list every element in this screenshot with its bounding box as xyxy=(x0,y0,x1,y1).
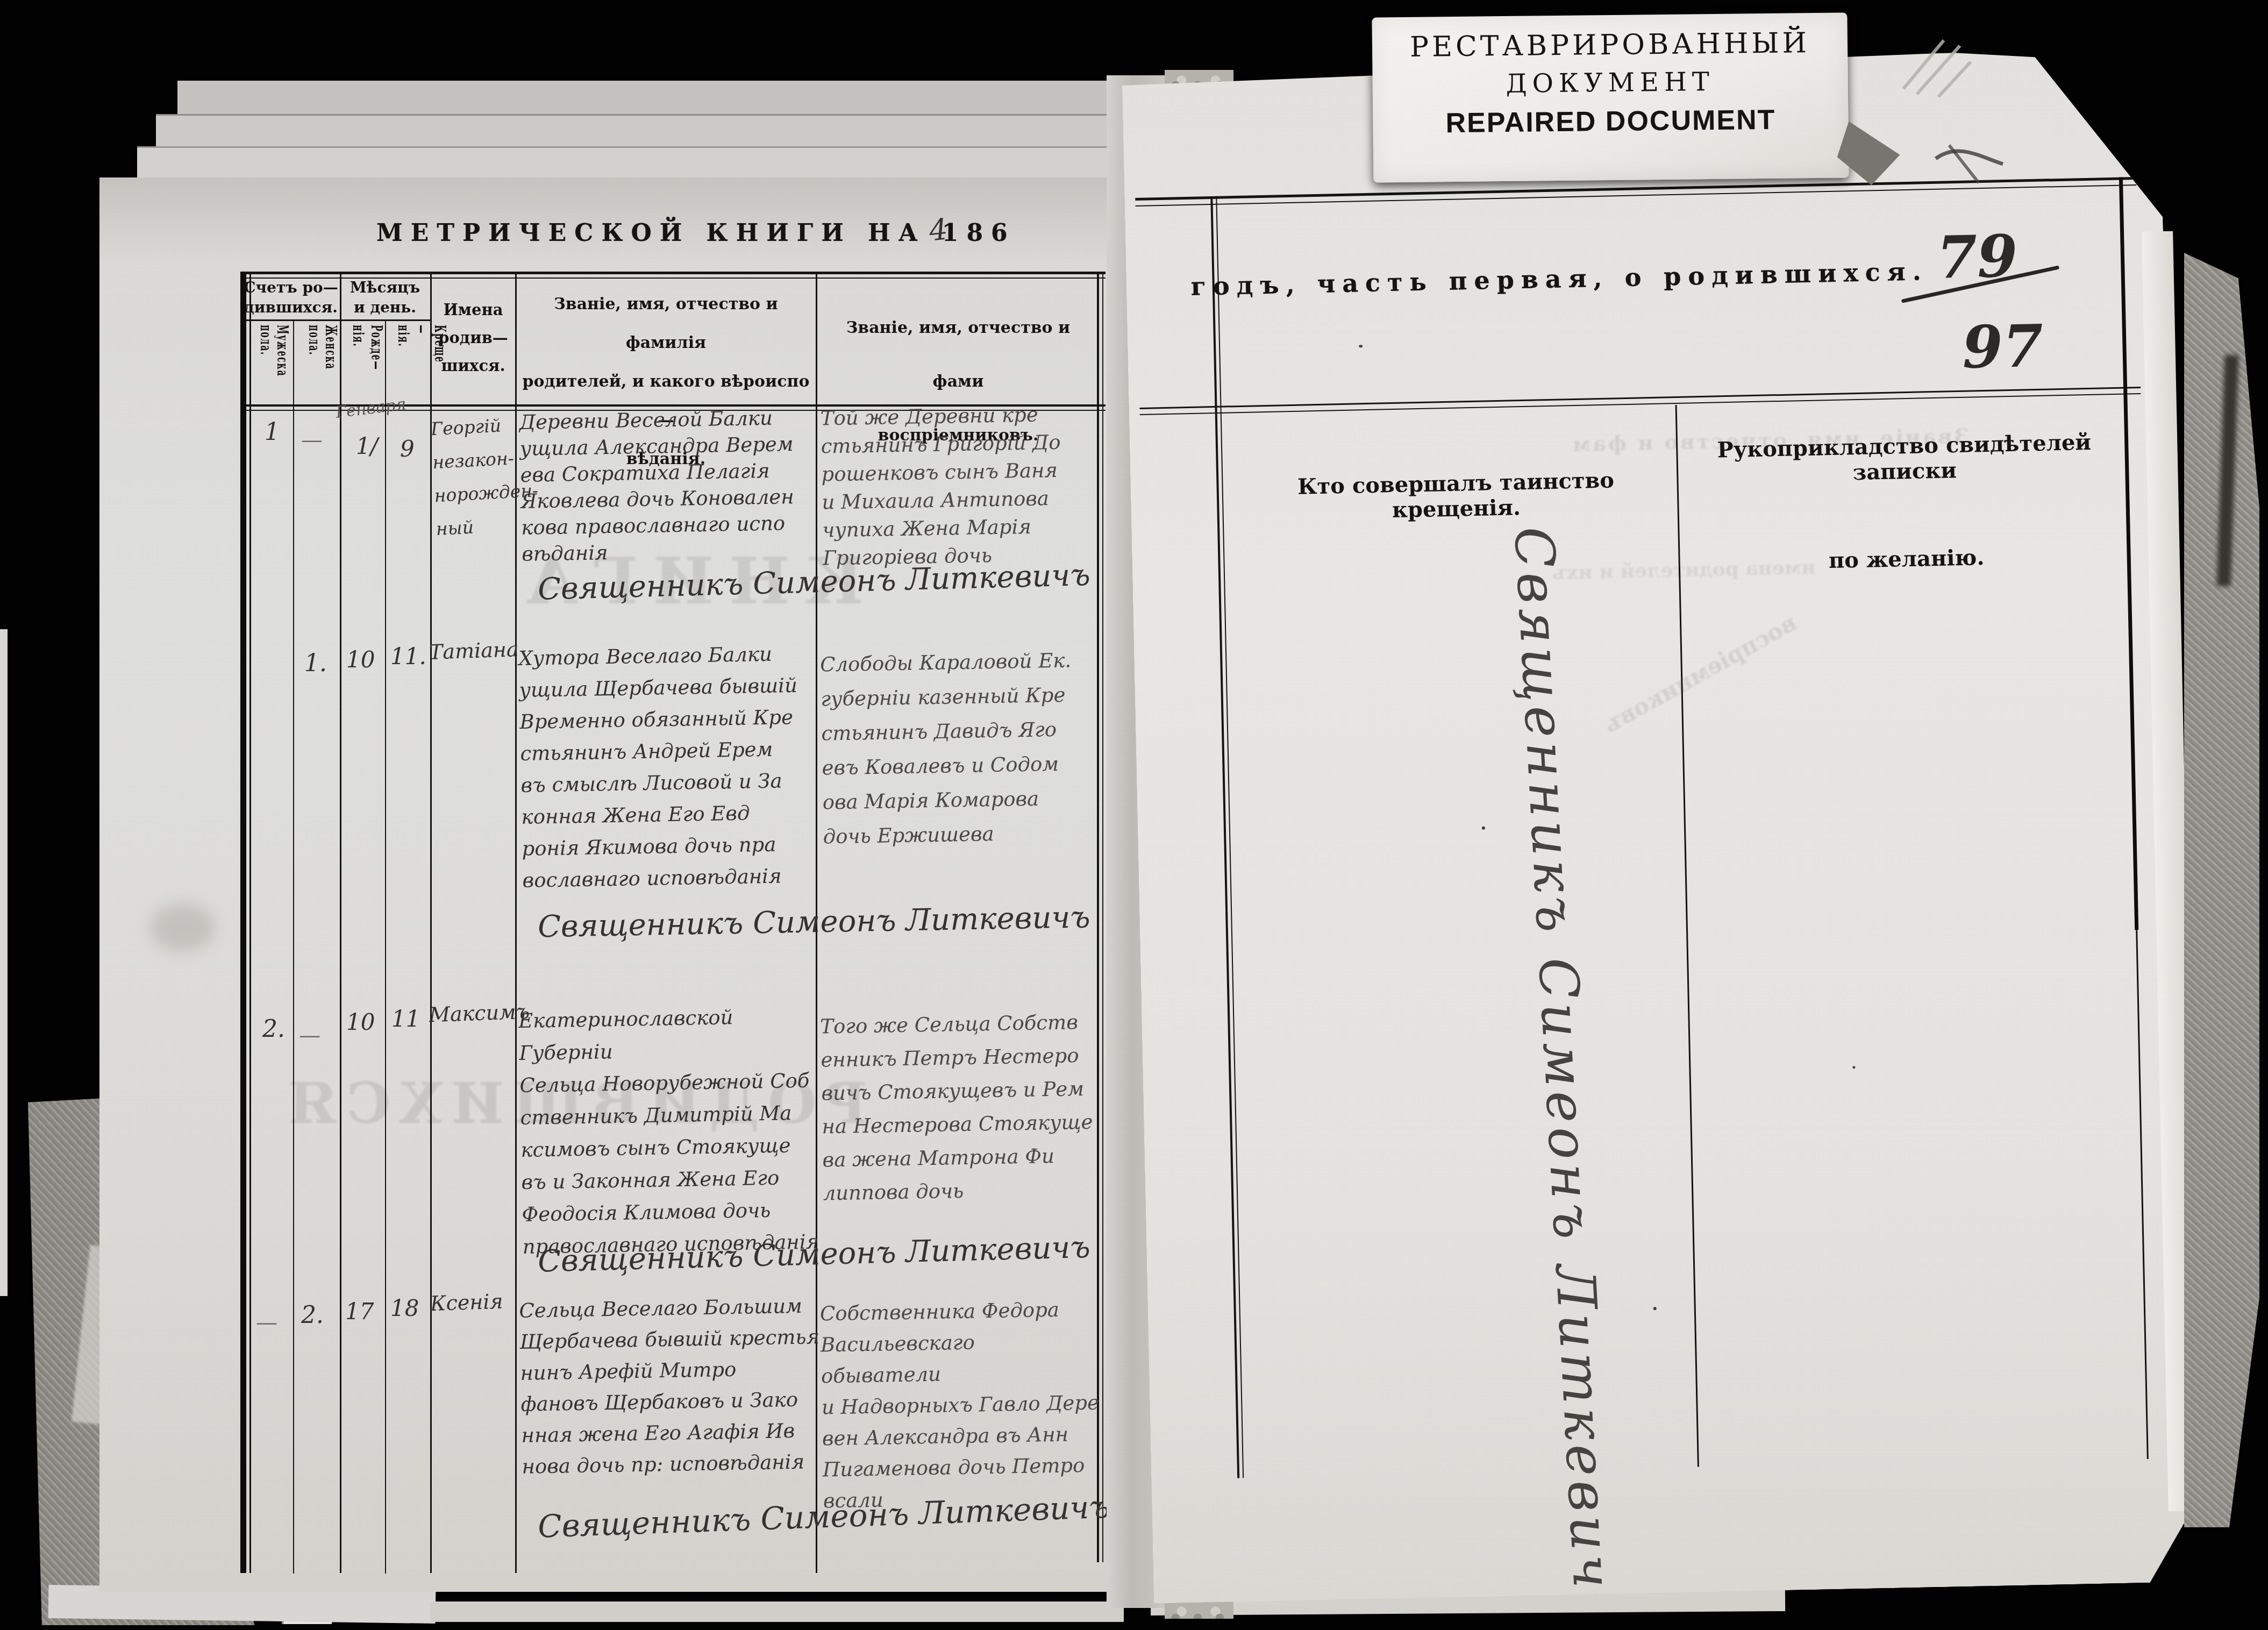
left-table-vline-month-names xyxy=(430,272,432,1573)
left-edge-sliver xyxy=(0,629,8,1296)
entry-4-godparents: Собственника Федора Васильевскаго обыват… xyxy=(819,1293,1103,1517)
entry-3-baptism-day: 11 xyxy=(391,1006,420,1032)
stamp-line-russian-1: РЕСТАВРИРОВАННЫЙ xyxy=(1372,26,1848,63)
header-witness-column-line2: по желанію. xyxy=(1691,542,2122,576)
page-speckle-2 xyxy=(1852,1066,1855,1069)
entry-1-godparents: Той же Деревни кре стьянинъ Григорій До … xyxy=(820,400,1102,572)
right-bleedthrough-3: воспріемниковъ xyxy=(1599,609,1801,738)
left-table-left-border xyxy=(240,272,246,1573)
header-female-sex: Женска пола. xyxy=(305,325,339,372)
entry-1-birth-day: 1/ xyxy=(356,433,378,459)
header-names-of-born: Имена родив— шихся. xyxy=(432,296,514,380)
bottom-page-lip-left xyxy=(430,1601,1124,1622)
header-witness-column-line1: Рукоприкладство свидѣтелей записки xyxy=(1689,429,2120,489)
right-table-right-border-heavy xyxy=(2119,177,2138,930)
right-page-title: годъ, часть первая, о родившихся. xyxy=(1190,257,1912,301)
entry-1-baptism-day: 9 xyxy=(400,436,415,462)
entry-3-male-count: 2. xyxy=(262,1015,285,1043)
entry-1-female-count: — xyxy=(301,428,323,452)
header-month-day: Мѣсяцъ и день. xyxy=(341,277,429,317)
left-table-top-rule xyxy=(241,272,1106,274)
left-page-stack-edge-2 xyxy=(156,114,1124,151)
entry-2-parents: Хутора Веселаго Балки ущила Щербачева бы… xyxy=(518,637,824,896)
page-number-current: 97 xyxy=(1962,312,2044,382)
page-speckle-3 xyxy=(1653,1307,1657,1310)
entry-4-birth-day: 17 xyxy=(345,1298,374,1325)
header-male-sex: Мужеска пола. xyxy=(257,325,290,372)
right-title-bottom-rule xyxy=(1139,387,2141,409)
left-page-title-year-handwritten: 4 xyxy=(928,212,950,247)
left-table-vline-counts-month xyxy=(340,272,341,1573)
entry-3-parents: Екатеринославской Губерніи Сельца Новору… xyxy=(518,1000,832,1263)
page-number-crossed-out: 79 xyxy=(1936,223,2019,292)
left-page-title: МЕТРИЧЕСКОЙ КНИГИ НА 186 xyxy=(376,219,946,247)
entry-3-female-count: — xyxy=(299,1023,320,1048)
entry-2-child-name: Татіана xyxy=(429,637,519,664)
left-table-vline-birth-baptism xyxy=(385,321,386,1574)
stamp-line-russian-2: ДОКУМЕНТ xyxy=(1372,65,1848,100)
page-speckle-4 xyxy=(1359,345,1363,347)
left-page-stack-edge-1 xyxy=(177,81,1124,118)
header-births-count: Счетъ ро— дившихся. xyxy=(243,277,339,317)
left-table-left-border-2 xyxy=(249,272,251,1573)
entry-4-female-count: 2. xyxy=(301,1301,324,1329)
entry-2-godparents: Слободы Караловой Ек. губерніи казенный … xyxy=(820,643,1103,854)
left-table-group-rule xyxy=(241,319,430,321)
right-table-right-border-light xyxy=(2136,930,2149,1459)
stamp-line-english: REPAIRED DOCUMENT xyxy=(1373,103,1849,140)
right-table-left-border-2 xyxy=(1216,196,1244,1478)
entry-4-baptism-day: 18 xyxy=(390,1295,419,1321)
entry-3-birth-day: 10 xyxy=(346,1009,375,1035)
entry-1-male-count: 1 xyxy=(265,418,280,446)
left-margin-smudge xyxy=(151,903,215,952)
entry-3-godparents: Того же Сельца Собств енникъ Петръ Несте… xyxy=(820,1005,1103,1210)
repaired-document-stamp: РЕСТАВРИРОВАННЫЙ ДОКУМЕНТ REPAIRED DOCUM… xyxy=(1372,12,1849,182)
officiant-signature-vertical: Священникъ Симеонъ Литкевичъ xyxy=(1484,525,1614,1421)
entry-4-male-count: — xyxy=(256,1310,277,1335)
entry-2-birth-day: 10 xyxy=(346,646,375,673)
entry-2-female-count: 1. xyxy=(304,650,327,677)
entry-4-child-name: Ксенія xyxy=(430,1290,503,1316)
header-birth-day: Рожде— нія. xyxy=(348,325,385,372)
left-table-right-border-2 xyxy=(1102,272,1103,1562)
right-table-left-border xyxy=(1210,196,1239,1478)
scanned-parish-register-photo: КНИГА РОДИВШИХСЯ МЕТРИЧЕСКОЙ КНИГИ НА 18… xyxy=(0,0,2268,1630)
page-speckle-1 xyxy=(1482,827,1485,830)
entry-4-parents: Сельца Веселаго Большим Щербачева бывшій… xyxy=(519,1290,823,1483)
header-officiant-column: Кто совершалъ таинство крещенія. xyxy=(1235,466,1677,526)
right-page: Званіе, имя, отчество и фам имена родите… xyxy=(1122,48,2191,1604)
entry-2-baptism-day: 11. xyxy=(390,643,426,670)
entry-1-parents: Деревни Веселой Балки ущила Александра В… xyxy=(519,404,823,567)
pencil-scribble-top-right xyxy=(1898,30,2049,191)
left-table-vline-male-female xyxy=(293,321,294,1574)
entry-3-child-name: Максимъ xyxy=(429,1000,530,1027)
